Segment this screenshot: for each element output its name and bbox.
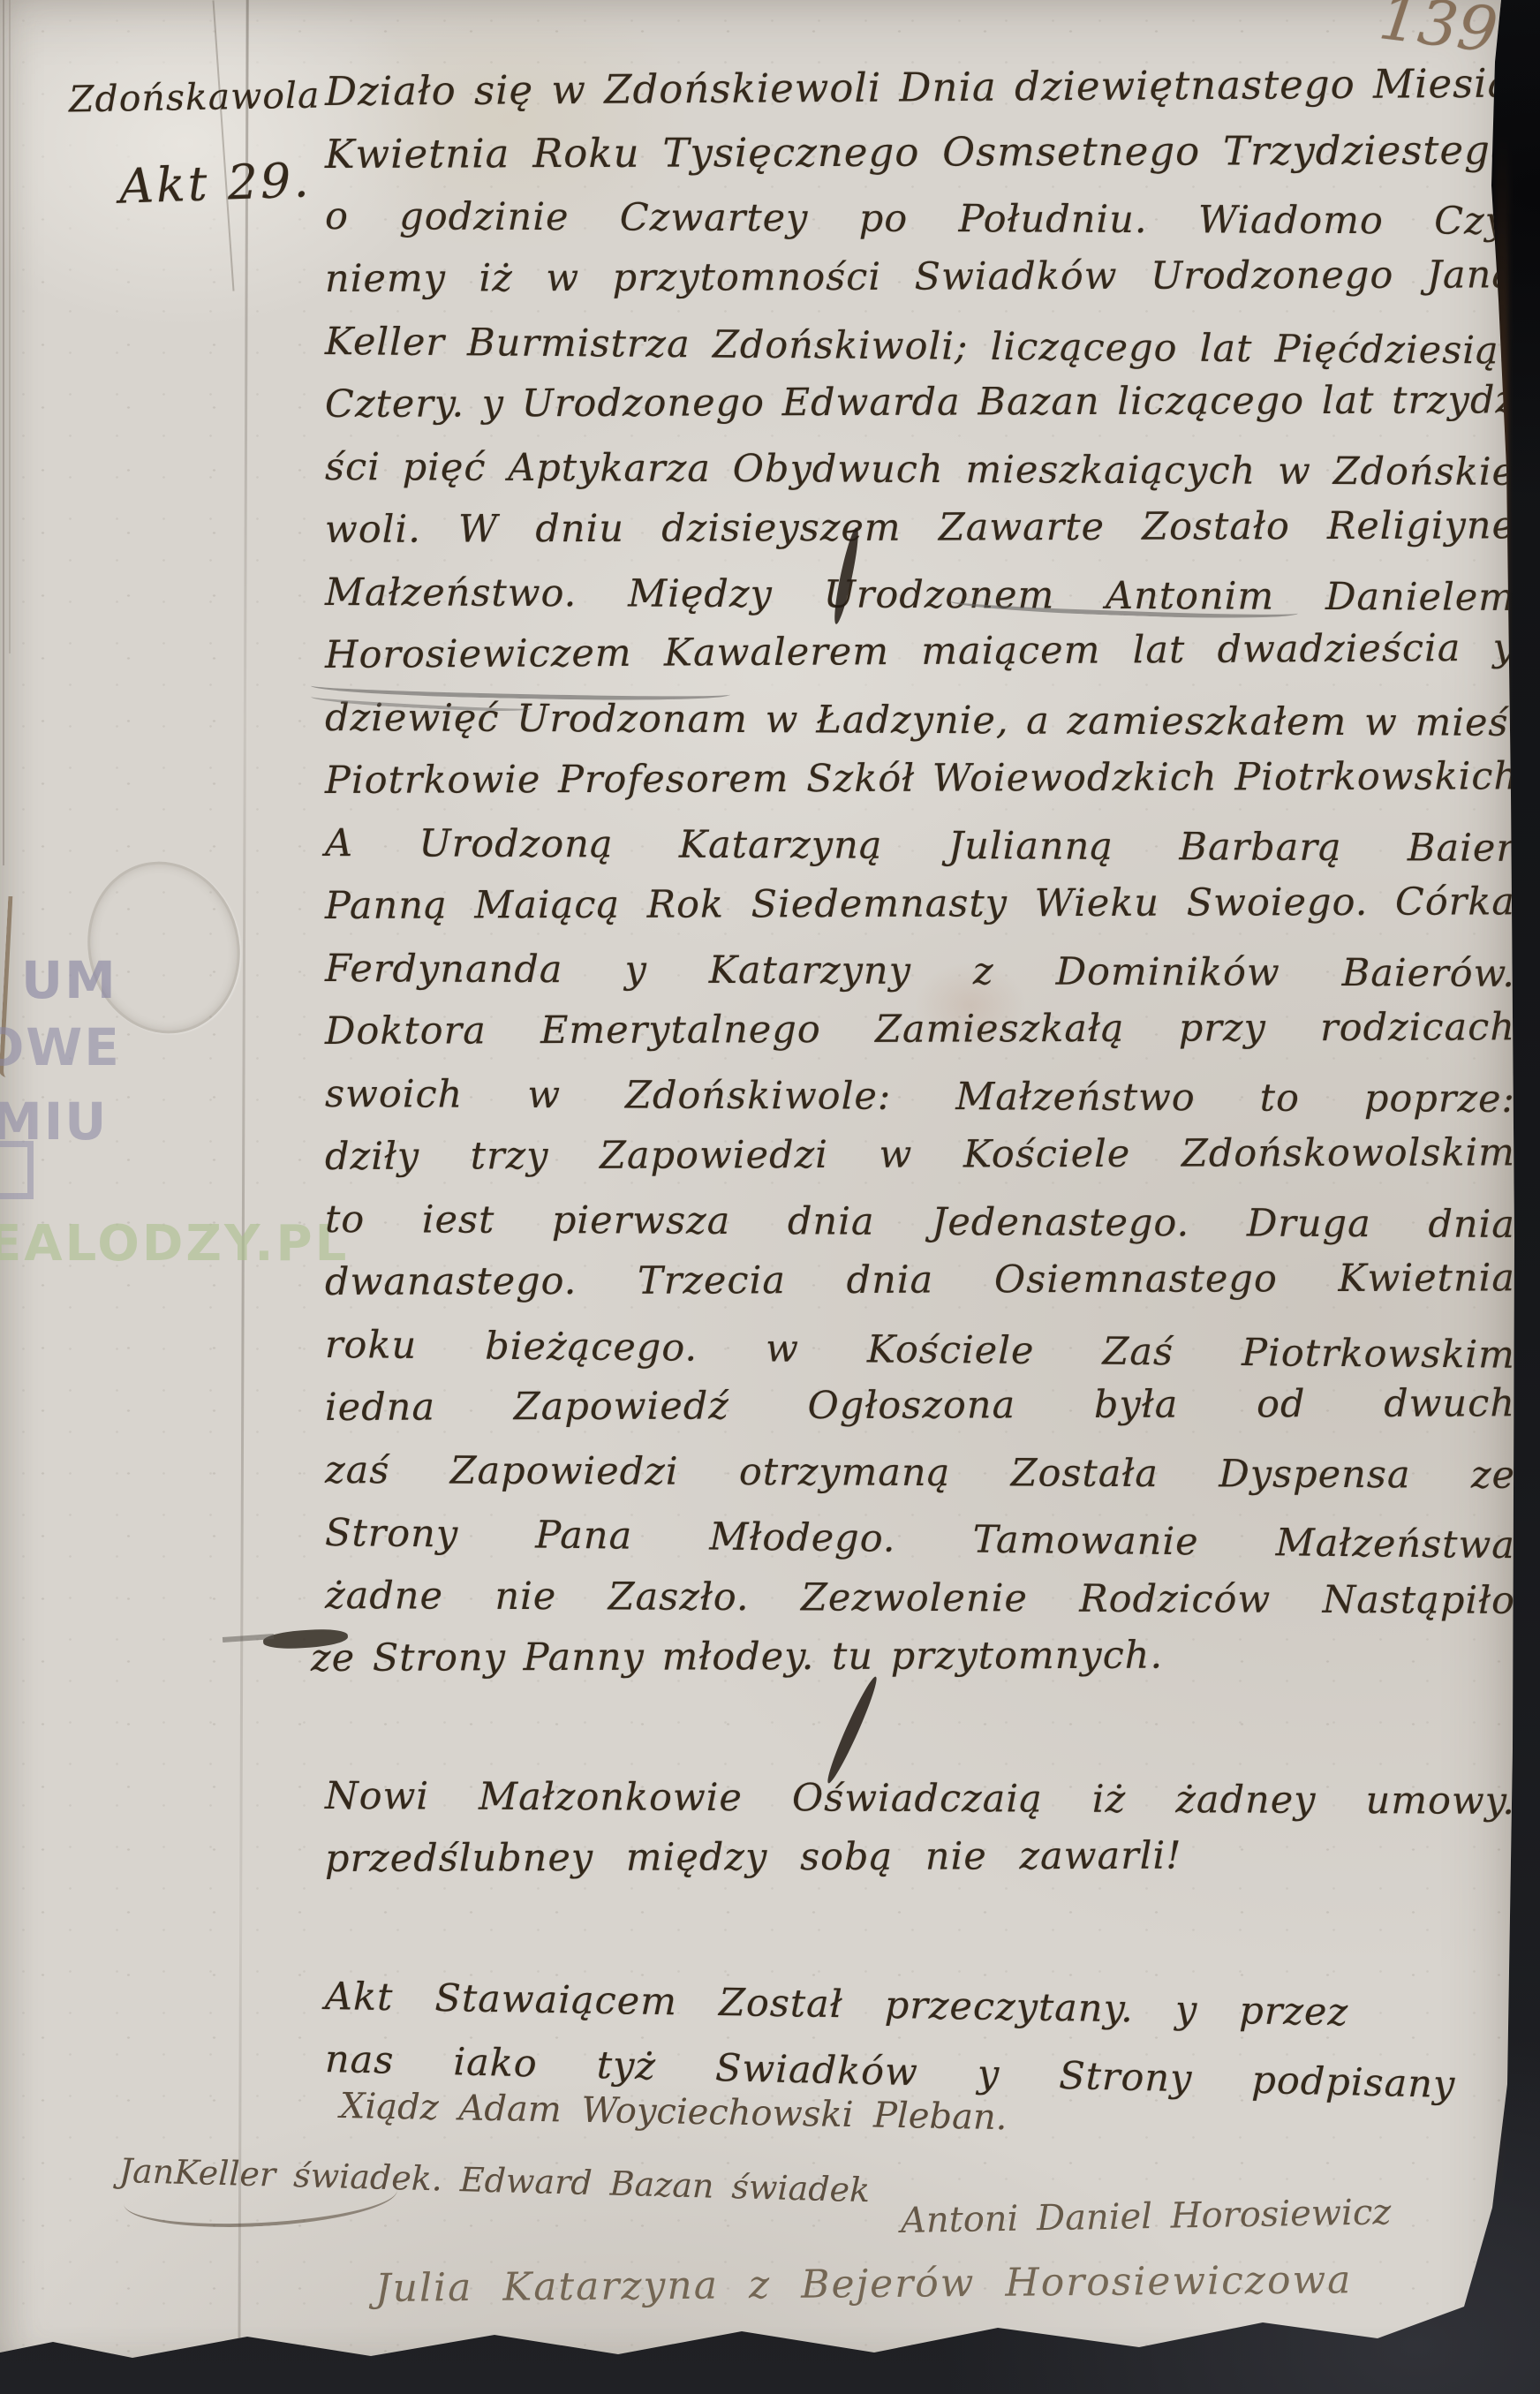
act-body-text: Działo się w Zdońskiewoli Dnia dziewiętn… [325,60,1515,2091]
act-number-margin-note: Akt 29. [118,152,313,215]
act-body-line: Panną Maiącą Rok Siedemnasty Wieku Swoie… [325,871,1515,938]
watermark-logo-square [0,1141,34,1199]
underlying-page-edge-line [3,0,4,865]
manuscript-page: UM OWE MIU EALODZY.PL 139 Zdońskawola Ak… [0,0,1540,2394]
act-body-line: woli. W dniu dzisieyszem Zawarte Zostało… [325,495,1515,562]
genealogy-site-watermark: EALODZY.PL [0,1215,349,1273]
act-body-line: Działo się w Zdońskiewoli Dnia dziewiętn… [325,52,1515,123]
act-body-line: Ferdynanda y Katarzyny z Dominików Baier… [325,938,1515,1006]
archive-watermark-fragment: UM [21,950,117,1010]
signature-bride: Julia Katarzyna z Bejerów Horosiewiczowa [375,2257,1353,2311]
act-body-line: o godzinie Czwartey po Południu. Wiadomo… [325,185,1515,253]
act-body-line: Piotrkowie Profesorem Szkół Woiewodzkich… [325,745,1515,812]
act-body-line: Horosiewiczem Kawalerem maiącem lat dwad… [325,617,1515,687]
act-body-line: przedślubney między sobą nie zawarli! [325,1825,1182,1891]
act-body-line: Nowi Małzonkowie Oświadczaią iż żadney u… [325,1765,1515,1833]
act-body-line: swoich w Zdońskiwole: Małzeństwo to popr… [325,1063,1515,1131]
act-body-line: Doktora Emerytalnego Zamieszkałą przy ro… [325,996,1515,1063]
act-body-line: to iest pierwsza dnia Jedenastego. Druga… [325,1189,1515,1257]
act-body-line: iedna Zapowiedź Ogłoszona była od dwuch [325,1372,1515,1439]
act-body-line: zaś Zapowiedzi otrzymaną Została Dyspens… [325,1439,1515,1507]
archive-watermark-fragment: OWE [0,1017,121,1077]
act-body-line: Cztery. y Urodzonego Edwarda Bazan liczą… [325,369,1515,436]
place-name-margin-note: Zdońskawola [69,74,321,121]
act-body-line: ści pięć Aptykarza Obydwuch mieszkaiącyc… [325,436,1515,504]
margin-crease-line [238,0,248,2394]
act-body-line: dwanastego. Trzecia dnia Osiemnastego Kw… [325,1247,1515,1314]
underlying-page-edge-line [9,0,11,653]
act-body-line: ze Strony Panny młodey. tu przytomnych. [311,1625,1073,1690]
act-body-line: A Urodzoną Katarzyną Julianną Barbarą Ba… [325,812,1515,880]
act-body-line: żadne nie Zaszło. Zezwolenie Rodziców Na… [325,1565,1515,1633]
signature-groom: Antoni Daniel Horosiewicz [901,2192,1392,2241]
act-body-line: Kwietnia Roku Tysięcznego Osmsetnego Trz… [325,118,1515,185]
act-body-line: dziły trzy Zapowiedzi w Kościele Zdońsko… [325,1121,1515,1189]
scanned-document-photo: UM OWE MIU EALODZY.PL 139 Zdońskawola Ak… [0,0,1540,2394]
margin-crease-fork [212,0,234,291]
act-body-line: niemy iż w przytomności Swiadków Urodzon… [325,244,1515,311]
